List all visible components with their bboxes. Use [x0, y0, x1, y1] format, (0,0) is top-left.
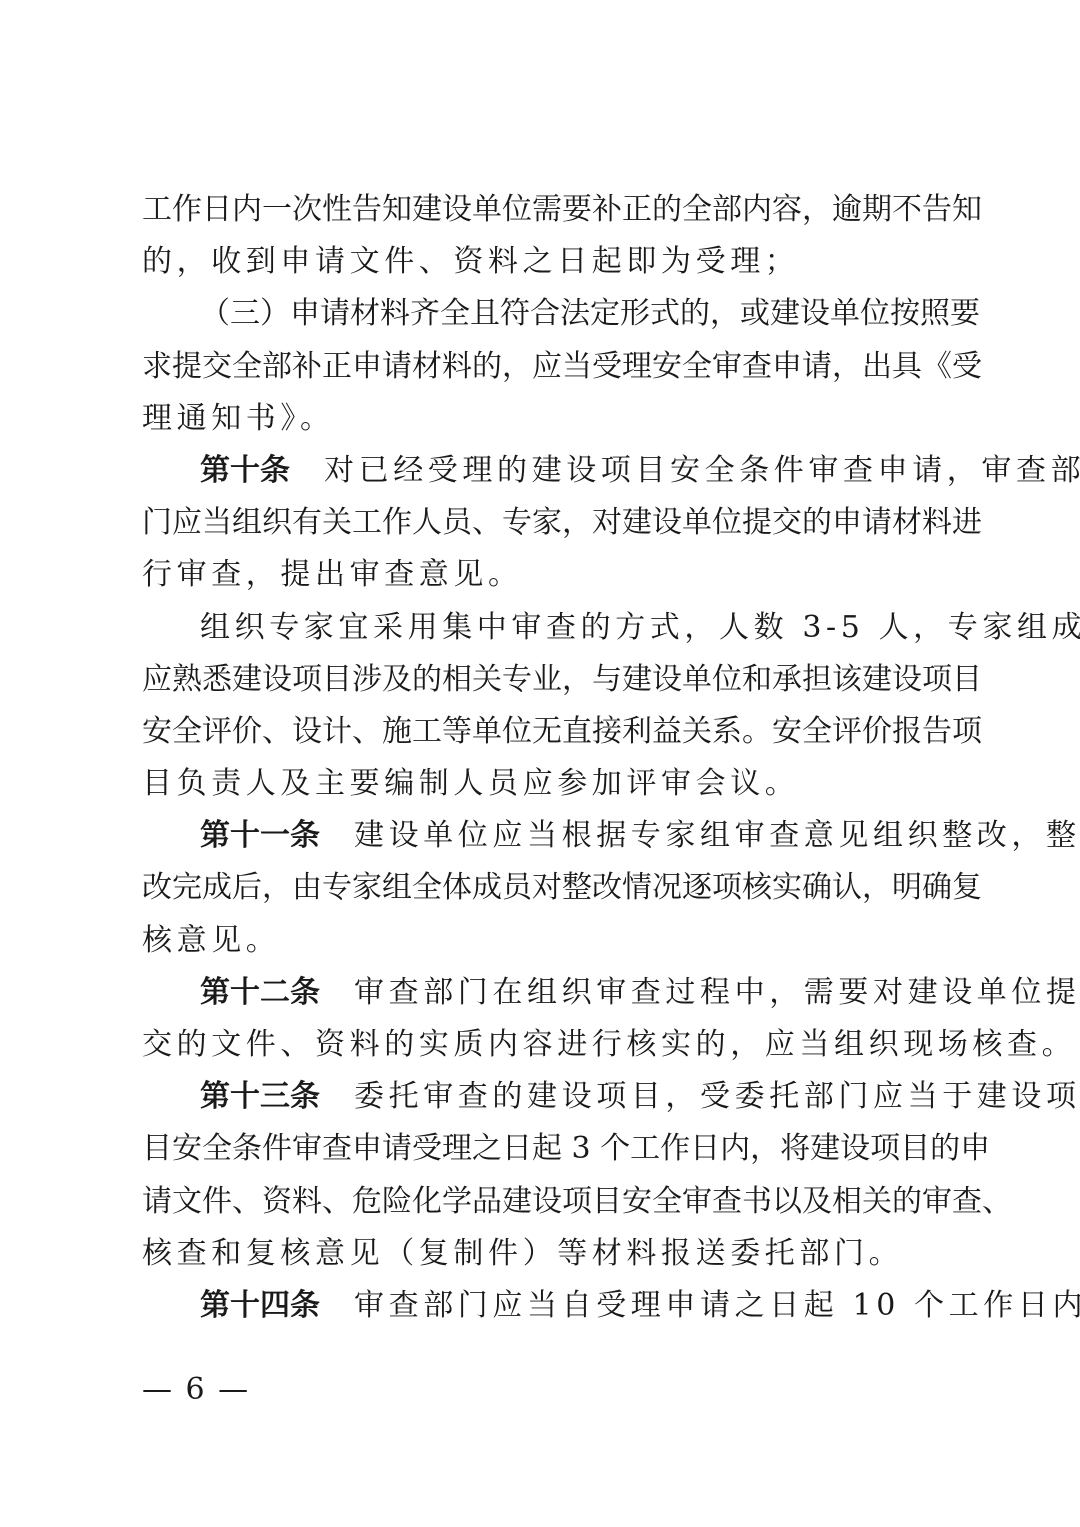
article-number: 第十一条 — [200, 818, 320, 853]
line-text: 委托审查的建设项目，受委托部门应当于建设项 — [354, 1079, 1080, 1114]
text-line: 改完成后，由专家组全体成员对整改情况逐项核实确认，明确复 — [142, 862, 944, 914]
line-text: 建设单位应当根据专家组审查意见组织整改，整 — [354, 818, 1080, 853]
text-line: 核查和复核意见（复制件）等材料报送委托部门。 — [142, 1228, 944, 1280]
line-text: 核意见。 — [142, 923, 280, 958]
document-page: 工作日内一次性告知建设单位需要补正的全部内容，逾期不告知 的，收到申请文件、资料… — [142, 184, 944, 1332]
line-text: 安全评价、设计、施工等单位无直接利益关系。安全评价报告项 — [142, 714, 982, 749]
article-number: 第十三条 — [200, 1079, 320, 1114]
text-line: 理通知书》。 — [142, 393, 944, 445]
article-number: 第十二条 — [200, 975, 320, 1010]
text-line: 目负责人及主要编制人员应参加评审会议。 — [142, 758, 944, 810]
text-line: 的，收到申请文件、资料之日起即为受理； — [142, 236, 944, 288]
article-13-heading-line: 第十三条委托审查的建设项目，受委托部门应当于建设项 — [142, 1071, 944, 1123]
article-14-heading-line: 第十四条审查部门应当自受理申请之日起 10 个工作日内， — [142, 1280, 944, 1332]
line-text: 组织专家宜采用集中审查的方式，人数 3-5 人，专家组成员 — [200, 610, 1080, 645]
article-number: 第十四条 — [200, 1288, 320, 1323]
line-text: 对已经受理的建设项目安全条件审查申请，审查部 — [324, 453, 1080, 488]
line-text: 目负责人及主要编制人员应参加评审会议。 — [142, 766, 799, 801]
line-text: 审查部门应当自受理申请之日起 10 个工作日内， — [354, 1288, 1080, 1323]
article-number: 第十条 — [200, 453, 290, 488]
line-text: 求提交全部补正申请材料的，应当受理安全审查申请，出具《受 — [142, 349, 982, 384]
text-line: 安全评价、设计、施工等单位无直接利益关系。安全评价报告项 — [142, 706, 944, 758]
text-line: 门应当组织有关工作人员、专家，对建设单位提交的申请材料进 — [142, 497, 944, 549]
text-line: 目安全条件审查申请受理之日起 3 个工作日内，将建设项目的申 — [142, 1123, 944, 1175]
text-line: 求提交全部补正申请材料的，应当受理安全审查申请，出具《受 — [142, 341, 944, 393]
article-11-heading-line: 第十一条建设单位应当根据专家组审查意见组织整改，整 — [142, 810, 944, 862]
line-text: 交的文件、资料的实质内容进行核实的，应当组织现场核查。 — [142, 1027, 1076, 1062]
line-text: 改完成后，由专家组全体成员对整改情况逐项核实确认，明确复 — [142, 870, 982, 905]
text-line: 应熟悉建设项目涉及的相关专业，与建设单位和承担该建设项目 — [142, 654, 944, 706]
line-text: 的，收到申请文件、资料之日起即为受理； — [142, 244, 799, 279]
text-line: 交的文件、资料的实质内容进行核实的，应当组织现场核查。 — [142, 1019, 944, 1071]
article-12-heading-line: 第十二条审查部门在组织审查过程中，需要对建设单位提 — [142, 967, 944, 1019]
text-line: 核意见。 — [142, 915, 944, 967]
line-text: 理通知书》。 — [142, 401, 335, 436]
line-text: 行审查，提出审查意见。 — [142, 557, 523, 592]
text-line: 工作日内一次性告知建设单位需要补正的全部内容，逾期不告知 — [142, 184, 944, 236]
page-number: — 6 — — [142, 1370, 250, 1410]
line-text: 应熟悉建设项目涉及的相关专业，与建设单位和承担该建设项目 — [142, 662, 982, 697]
text-line: 行审查，提出审查意见。 — [142, 549, 944, 601]
line-text: 审查部门在组织审查过程中，需要对建设单位提 — [354, 975, 1080, 1010]
text-line: 请文件、资料、危险化学品建设项目安全审查书以及相关的审查、 — [142, 1176, 944, 1228]
line-text: 目安全条件审查申请受理之日起 3 个工作日内，将建设项目的申 — [142, 1131, 990, 1166]
line-text: 核查和复核意见（复制件）等材料报送委托部门。 — [142, 1236, 903, 1271]
text-line: 组织专家宜采用集中审查的方式，人数 3-5 人，专家组成员 — [142, 602, 944, 654]
text-line: （三）申请材料齐全且符合法定形式的，或建设单位按照要 — [142, 288, 944, 340]
line-text: 工作日内一次性告知建设单位需要补正的全部内容，逾期不告知 — [142, 192, 982, 227]
line-text: （三）申请材料齐全且符合法定形式的，或建设单位按照要 — [200, 296, 980, 331]
line-text: 门应当组织有关工作人员、专家，对建设单位提交的申请材料进 — [142, 505, 982, 540]
line-text: 请文件、资料、危险化学品建设项目安全审查书以及相关的审查、 — [142, 1184, 1012, 1219]
article-10-heading-line: 第十条对已经受理的建设项目安全条件审查申请，审查部 — [142, 445, 944, 497]
